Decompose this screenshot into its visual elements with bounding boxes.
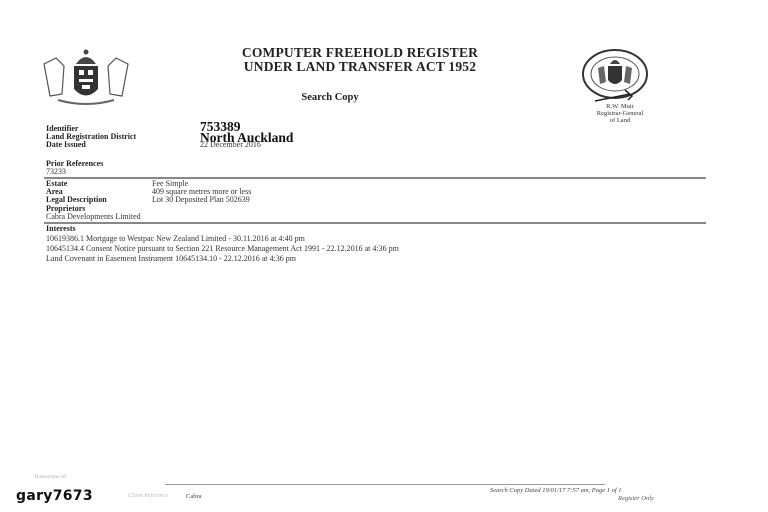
register-only-note: Register Only xyxy=(618,495,654,502)
legal-description-value: Lot 30 Deposited Plan 502639 xyxy=(152,195,250,204)
date-issued-value: 22 December 2016 xyxy=(200,140,261,149)
interest-item: Land Covenant in Easement Instrument 106… xyxy=(46,254,296,263)
interests-label: Interests xyxy=(46,224,76,233)
footer-divider xyxy=(165,484,605,485)
coat-of-arms-icon xyxy=(36,44,136,114)
transaction-id-label: Transaction Id xyxy=(34,474,66,480)
uploader-watermark: gary7673 xyxy=(16,488,93,504)
title-line-1: COMPUTER FREEHOLD REGISTER xyxy=(150,46,570,60)
title-line-2: UNDER LAND TRANSFER ACT 1952 xyxy=(150,60,570,74)
proprietors-value: Cabra Developments Limited xyxy=(46,212,141,221)
legal-description-label: Legal Description xyxy=(46,195,107,204)
search-copy-subtitle: Search Copy xyxy=(270,92,390,103)
date-issued-label: Date Issued xyxy=(46,140,86,149)
client-reference-label: Client Reference xyxy=(128,493,168,499)
client-reference-value: Cabra xyxy=(186,493,202,500)
interest-item: 10645134.4 Consent Notice pursuant to Se… xyxy=(46,244,399,253)
document-title: COMPUTER FREEHOLD REGISTER UNDER LAND TR… xyxy=(150,46,570,74)
search-copy-dated: Search Copy Dated 19/01/17 7:57 am, Page… xyxy=(490,487,622,494)
section-divider xyxy=(44,177,706,179)
interest-item: 10619386.1 Mortgage to Westpac New Zeala… xyxy=(46,234,305,243)
registrar-signature-caption: R.W. Muir Registrar-General of Land xyxy=(572,103,668,124)
section-divider xyxy=(44,222,706,224)
prior-references-value: 73233 xyxy=(46,167,66,176)
